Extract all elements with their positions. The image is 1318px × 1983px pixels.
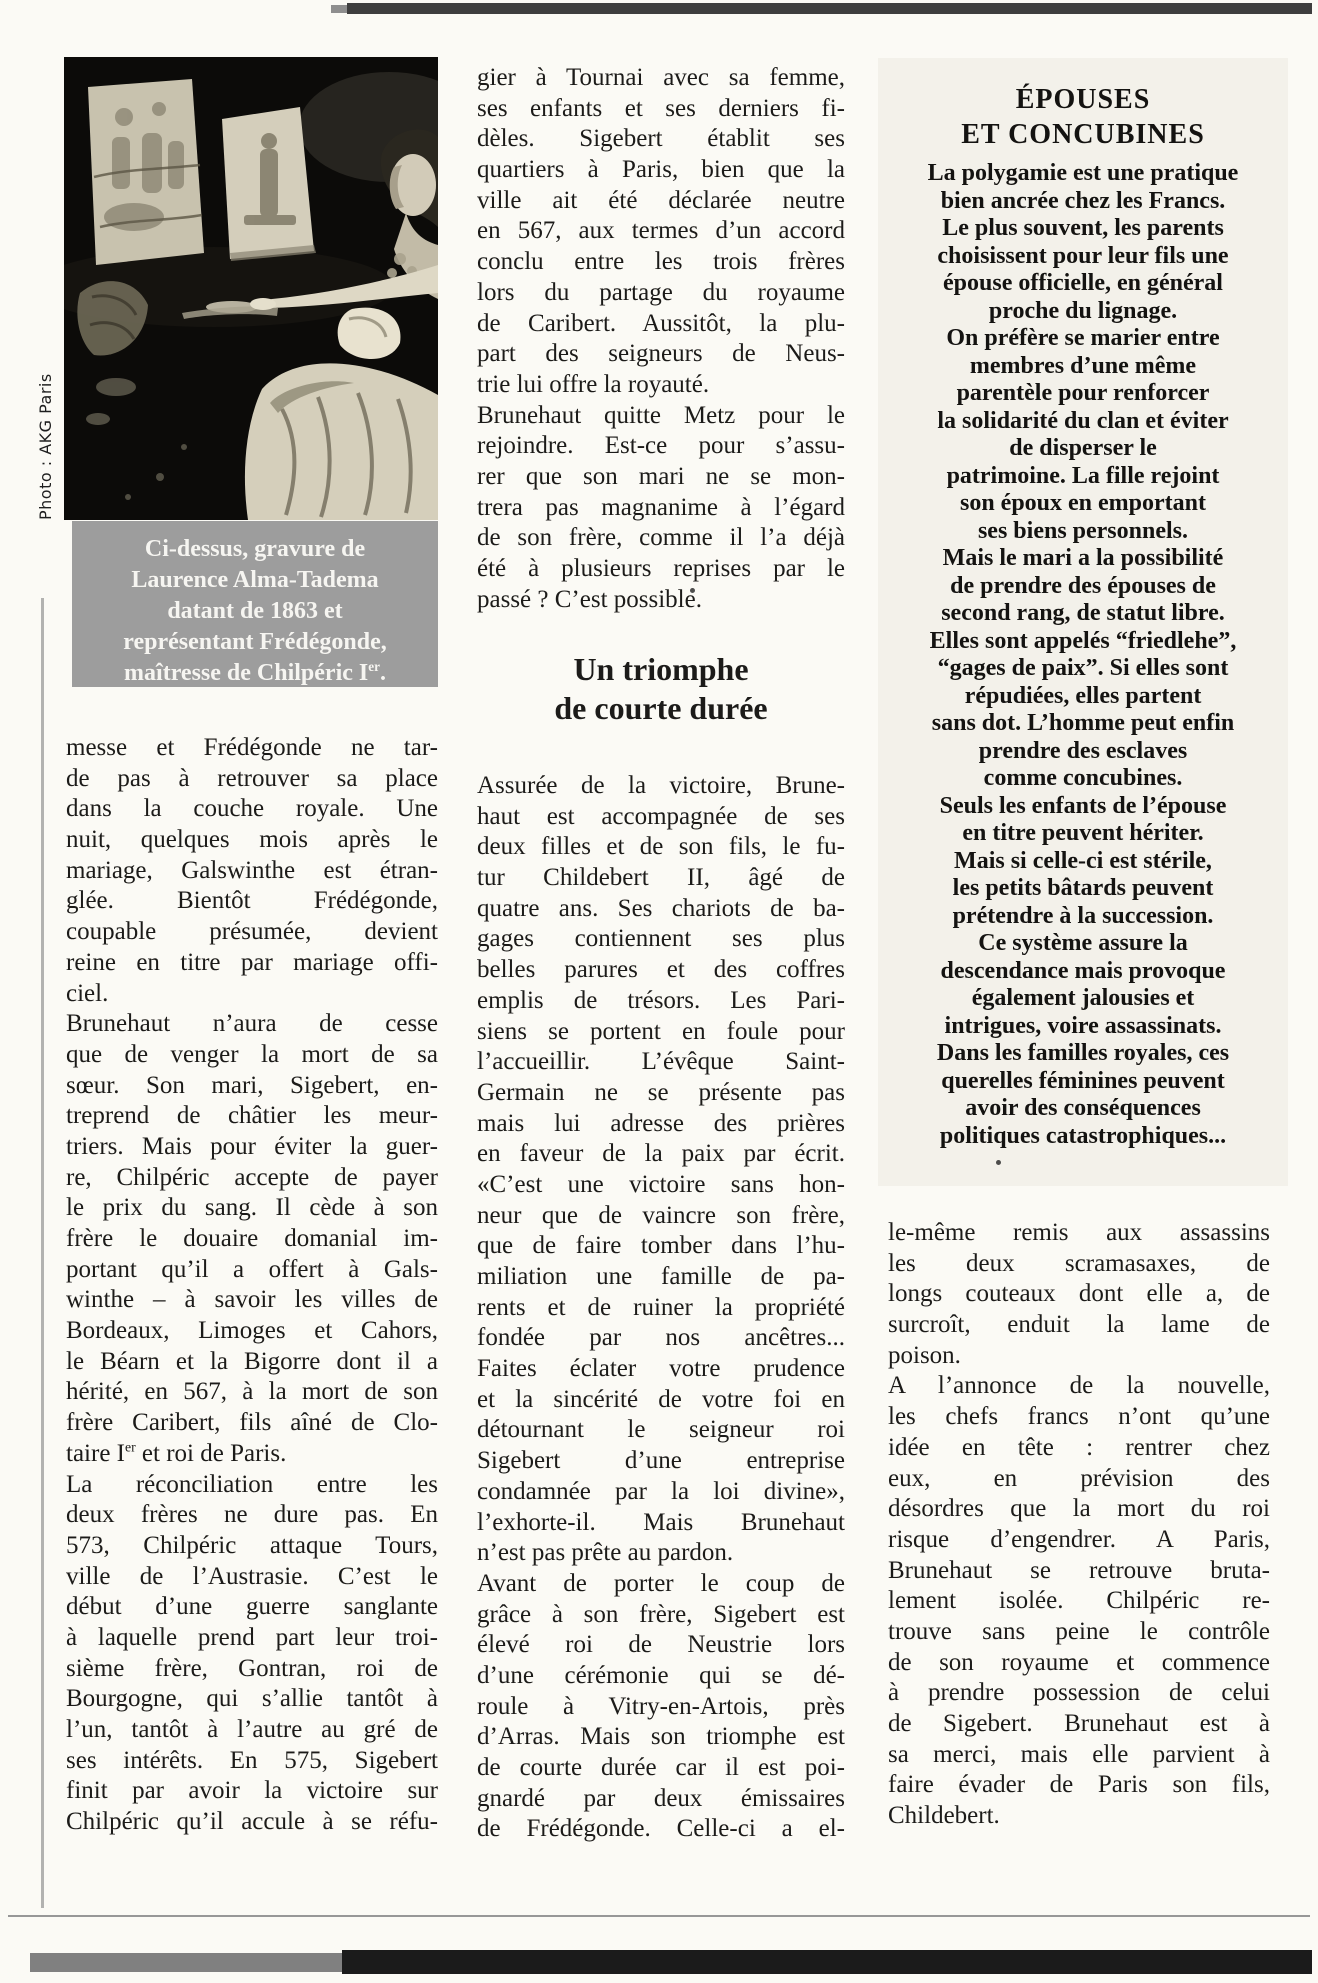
text-line: Le plus souvent, les parents — [878, 215, 1288, 243]
body-line: frère le douaire domanial im- — [66, 1224, 438, 1255]
text-line: second rang, de statut libre. — [878, 600, 1288, 628]
text-line: Ci-dessus, gravure de — [72, 534, 438, 565]
body-line: l’accueillir. L’évêque Saint- — [477, 1047, 845, 1078]
body-line: le prix du sang. Il cède à son — [66, 1193, 438, 1224]
body-line: sa merci, mais elle parvient à — [888, 1740, 1270, 1771]
body-line: gier à Tournai avec sa femme, — [477, 63, 845, 94]
body-line: surcroît, enduit la lame de — [888, 1310, 1270, 1341]
body-line: détournant le seigneur roi — [477, 1415, 845, 1446]
engraving-art — [64, 57, 438, 520]
body-line: de Sigebert. Brunehaut est à — [888, 1709, 1270, 1740]
body-line: idée en tête : rentrer chez — [888, 1433, 1270, 1464]
body-line: sœur. Son mari, Sigebert, en- — [66, 1071, 438, 1102]
text-line: choisissent pour leur fils une — [878, 243, 1288, 271]
bottom-bar-left — [30, 1953, 342, 1972]
text-line: bien ancrée chez les Francs. — [878, 188, 1288, 216]
engraving-image — [64, 57, 438, 520]
body-line: «C’est une victoire sans hon- — [477, 1170, 845, 1201]
body-line: dèles. Sigebert établit ses — [477, 124, 845, 155]
body-line: dans la couche royale. Une — [66, 794, 438, 825]
body-line: frère Caribert, fils aîné de Clo- — [66, 1408, 438, 1439]
left-column-text: messe et Frédégonde ne tar-de pas à retr… — [66, 733, 438, 1838]
text-line: Laurence Alma-Tadema — [72, 565, 438, 596]
text-line: ses biens personnels. — [878, 518, 1288, 546]
body-line: coupable présumée, devient — [66, 917, 438, 948]
body-line: fondée par nos ancêtres... — [477, 1323, 845, 1354]
body-line: eux, en prévision des — [888, 1464, 1270, 1495]
text-line: également jalousies et — [878, 985, 1288, 1013]
body-line: les chefs francs n’ont qu’une — [888, 1402, 1270, 1433]
body-line: deux filles et de son fils, le fu- — [477, 832, 845, 863]
middle-column-text-bottom: Assurée de la victoire, Brune-haut est a… — [477, 771, 845, 1845]
body-line: Germain ne se présente pas — [477, 1078, 845, 1109]
body-line: à laquelle prend part leur troi- — [66, 1623, 438, 1654]
text-line: en titre peuvent hériter. — [878, 820, 1288, 848]
body-line: roule à Vitry-en-Artois, près — [477, 1692, 845, 1723]
body-line: re, Chilpéric accepte de payer — [66, 1163, 438, 1194]
body-line: messe et Frédégonde ne tar- — [66, 733, 438, 764]
text-line: épouse officielle, en général — [878, 270, 1288, 298]
text-line: de prendre des épouses de — [878, 573, 1288, 601]
text-line: Dans les familles royales, ces — [878, 1040, 1288, 1068]
photo-caption: Ci-dessus, gravure deLaurence Alma-Tadem… — [72, 521, 438, 687]
body-line: gnardé par deux émissaires — [477, 1784, 845, 1815]
text-line: de disperser le — [878, 435, 1288, 463]
body-line: nuit, quelques mois après le — [66, 825, 438, 856]
text-line: Ce système assure la — [878, 930, 1288, 958]
body-line: élevé roi de Neustrie lors — [477, 1630, 845, 1661]
body-line: portant qu’il a offert à Gals- — [66, 1255, 438, 1286]
body-line: à prendre possession de celui — [888, 1678, 1270, 1709]
body-line: ses enfants et ses derniers fi- — [477, 94, 845, 125]
text-line: la solidarité du clan et éviter — [878, 408, 1288, 436]
body-line: trie lui offre la royauté. — [477, 370, 845, 401]
text-line: La polygamie est une pratique — [878, 160, 1288, 188]
body-line: Assurée de la victoire, Brune- — [477, 771, 845, 802]
text-line: descendance mais provoque — [878, 958, 1288, 986]
body-line: en faveur de la paix par écrit. — [477, 1139, 845, 1170]
text-line: querelles féminines peuvent — [878, 1068, 1288, 1096]
text-line: avoir des conséquences — [878, 1095, 1288, 1123]
body-line: 573, Chilpéric attaque Tours, — [66, 1531, 438, 1562]
body-line: tur Childebert II, âgé de — [477, 863, 845, 894]
body-line: l’un, tantôt à l’autre au gré de — [66, 1715, 438, 1746]
text-line: Seuls les enfants de l’épouse — [878, 793, 1288, 821]
photo-credit: Photo : AKG Paris — [36, 373, 55, 520]
body-line: Brunehaut quitte Metz pour le — [477, 401, 845, 432]
text-line: proche du lignage. — [878, 298, 1288, 326]
body-line: et la sincérité de votre foi en — [477, 1385, 845, 1416]
body-line: miliation une famille de pa- — [477, 1262, 845, 1293]
body-line: faire évader de Paris son fils, — [888, 1770, 1270, 1801]
body-line: rer que son mari ne se mon- — [477, 462, 845, 493]
text-line: prétendre à la succession. — [878, 903, 1288, 931]
text-line: de courte durée — [477, 689, 845, 728]
body-line: emplis de trésors. Les Pari- — [477, 986, 845, 1017]
body-line: que de venger la mort de sa — [66, 1040, 438, 1071]
body-line: condamnée par la loi divine», — [477, 1477, 845, 1508]
body-line: de courte durée car il est poi- — [477, 1753, 845, 1784]
body-line: le Béarn et la Bigorre dont il a — [66, 1347, 438, 1378]
body-line: sième frère, Gontran, roi de — [66, 1654, 438, 1685]
text-line: ÉPOUSES — [878, 82, 1288, 117]
text-line: prendre des esclaves — [878, 738, 1288, 766]
body-line: désordres que la mort du roi — [888, 1494, 1270, 1525]
body-line: part des seigneurs de Neus- — [477, 339, 845, 370]
text-line: On préfère se marier entre — [878, 325, 1288, 353]
text-line: Mais le mari a la possibilité — [878, 545, 1288, 573]
body-line: de pas à retrouver sa place — [66, 764, 438, 795]
body-line: neur que de vaincre son frère, — [477, 1201, 845, 1232]
body-line: siens se portent en foule pour — [477, 1017, 845, 1048]
scan-speck — [690, 588, 695, 593]
body-line: Brunehaut se retrouve bruta- — [888, 1556, 1270, 1587]
sidebar-title: ÉPOUSESET CONCUBINES — [878, 82, 1288, 152]
body-line: glée. Bientôt Frédégonde, — [66, 886, 438, 917]
section-heading: Un triomphede courte durée — [477, 650, 845, 728]
body-line: de Caribert. Aussitôt, la plu- — [477, 309, 845, 340]
body-line: quatre ans. Ses chariots de ba- — [477, 894, 845, 925]
body-line: passé ? C’est possible. — [477, 585, 845, 616]
body-line: mais lui adresse des prières — [477, 1109, 845, 1140]
top-rule-tail — [331, 5, 347, 13]
body-line: ville de l’Austrasie. C’est le — [66, 1562, 438, 1593]
text-line: Elles sont appelés “friedlehe”, — [878, 628, 1288, 656]
body-line: hérité, en 567, à la mort de son — [66, 1377, 438, 1408]
text-line: datant de 1863 et — [72, 596, 438, 627]
right-column-text: le-même remis aux assassinsles deux scra… — [888, 1218, 1270, 1832]
body-line: reine en titre par mariage offi- — [66, 948, 438, 979]
text-line: maîtresse de Chilpéric Ier. — [72, 658, 438, 689]
body-line: Childebert. — [888, 1801, 1270, 1832]
text-line: Un triomphe — [477, 650, 845, 689]
body-line: Bourgogne, qui s’allie tantôt à — [66, 1684, 438, 1715]
body-line: lors du partage du royaume — [477, 278, 845, 309]
body-line: Brunehaut n’aura de cesse — [66, 1009, 438, 1040]
body-line: Bordeaux, Limoges et Cahors, — [66, 1316, 438, 1347]
body-line: haut est accompagnée de ses — [477, 802, 845, 833]
body-line: le-même remis aux assassins — [888, 1218, 1270, 1249]
magazine-page: Photo : AKG Paris Ci-dessus, gravure deL… — [0, 0, 1318, 1983]
body-line: trouve sans peine le contrôle — [888, 1617, 1270, 1648]
body-line: mariage, Galswinthe est étran- — [66, 856, 438, 887]
body-line: en 567, aux termes d’un accord — [477, 216, 845, 247]
text-line: son époux en emportant — [878, 490, 1288, 518]
body-line: d’une cérémonie qui se dé- — [477, 1661, 845, 1692]
body-line: les deux scramasaxes, de — [888, 1249, 1270, 1280]
body-line: treprend de châtier les meur- — [66, 1101, 438, 1132]
text-line: membres d’une même — [878, 353, 1288, 381]
text-line: politiques catastrophiques... — [878, 1123, 1288, 1151]
body-line: lement isolée. Chilpéric re- — [888, 1586, 1270, 1617]
body-line: Sigebert d’une entreprise — [477, 1446, 845, 1477]
body-line: deux frères ne dure pas. En — [66, 1500, 438, 1531]
body-line: ville ait été déclarée neutre — [477, 186, 845, 217]
middle-column-text-top: gier à Tournai avec sa femme,ses enfants… — [477, 63, 845, 615]
body-line: quartiers à Paris, bien que la — [477, 155, 845, 186]
sidebar-body: La polygamie est une pratiquebien ancrée… — [878, 160, 1288, 1150]
text-line: intrigues, voire assassinats. — [878, 1013, 1288, 1041]
body-line: été à plusieurs reprises par le — [477, 554, 845, 585]
body-line: conclu entre les trois frères — [477, 247, 845, 278]
body-line: La réconciliation entre les — [66, 1470, 438, 1501]
body-line: grâce à son frère, Sigebert est — [477, 1600, 845, 1631]
text-line: répudiées, elles partent — [878, 683, 1288, 711]
body-line: ciel. — [66, 979, 438, 1010]
text-line: sans dot. L’homme peut enfin — [878, 710, 1288, 738]
body-line: longs couteaux dont elle a, de — [888, 1279, 1270, 1310]
body-line: poison. — [888, 1341, 1270, 1372]
bottom-bar — [342, 1950, 1312, 1974]
body-line: de Frédégonde. Celle-ci a el- — [477, 1814, 845, 1845]
body-line: triers. Mais pour éviter la guer- — [66, 1132, 438, 1163]
text-line: représentant Frédégonde, — [72, 627, 438, 658]
body-line: de son frère, comme il l’a déjà — [477, 523, 845, 554]
body-line: n’est pas prête au pardon. — [477, 1538, 845, 1569]
body-line: rents et de ruiner la propriété — [477, 1293, 845, 1324]
body-line: de son royaume et commence — [888, 1648, 1270, 1679]
bottom-rule — [8, 1915, 1310, 1917]
body-line: Avant de porter le coup de — [477, 1569, 845, 1600]
text-line: parentèle pour renforcer — [878, 380, 1288, 408]
text-line: “gages de paix”. Si elles sont — [878, 655, 1288, 683]
body-line: gages contiennent ses plus — [477, 924, 845, 955]
text-line: comme concubines. — [878, 765, 1288, 793]
top-rule — [347, 3, 1312, 14]
body-line: A l’annonce de la nouvelle, — [888, 1371, 1270, 1402]
body-line: risque d’engendrer. A Paris, — [888, 1525, 1270, 1556]
text-line: les petits bâtards peuvent — [878, 875, 1288, 903]
text-line: Mais si celle-ci est stérile, — [878, 848, 1288, 876]
body-line: finit par avoir la victoire sur — [66, 1776, 438, 1807]
body-line: Chilpéric qu’il accule à se réfu- — [66, 1807, 438, 1838]
body-line: trera pas magnanime à l’égard — [477, 493, 845, 524]
body-line: début d’une guerre sanglante — [66, 1592, 438, 1623]
body-line: winthe – à savoir les villes de — [66, 1285, 438, 1316]
sidebar-box: ÉPOUSESET CONCUBINES La polygamie est un… — [878, 58, 1288, 1186]
body-line: l’exhorte-il. Mais Brunehaut — [477, 1508, 845, 1539]
text-line: ET CONCUBINES — [878, 117, 1288, 152]
body-line: Faites éclater votre prudence — [477, 1354, 845, 1385]
body-line: que de faire tomber dans l’hu- — [477, 1231, 845, 1262]
body-line: belles parures et des coffres — [477, 955, 845, 986]
scan-speck — [996, 1160, 1001, 1165]
body-line: ses intérêts. En 575, Sigebert — [66, 1746, 438, 1777]
body-line: d’Arras. Mais son triomphe est — [477, 1722, 845, 1753]
body-line: taire Ier et roi de Paris. — [66, 1439, 438, 1470]
text-line: patrimoine. La fille rejoint — [878, 463, 1288, 491]
body-line: rejoindre. Est-ce pour s’assu- — [477, 431, 845, 462]
scan-edge-line — [41, 598, 44, 1908]
